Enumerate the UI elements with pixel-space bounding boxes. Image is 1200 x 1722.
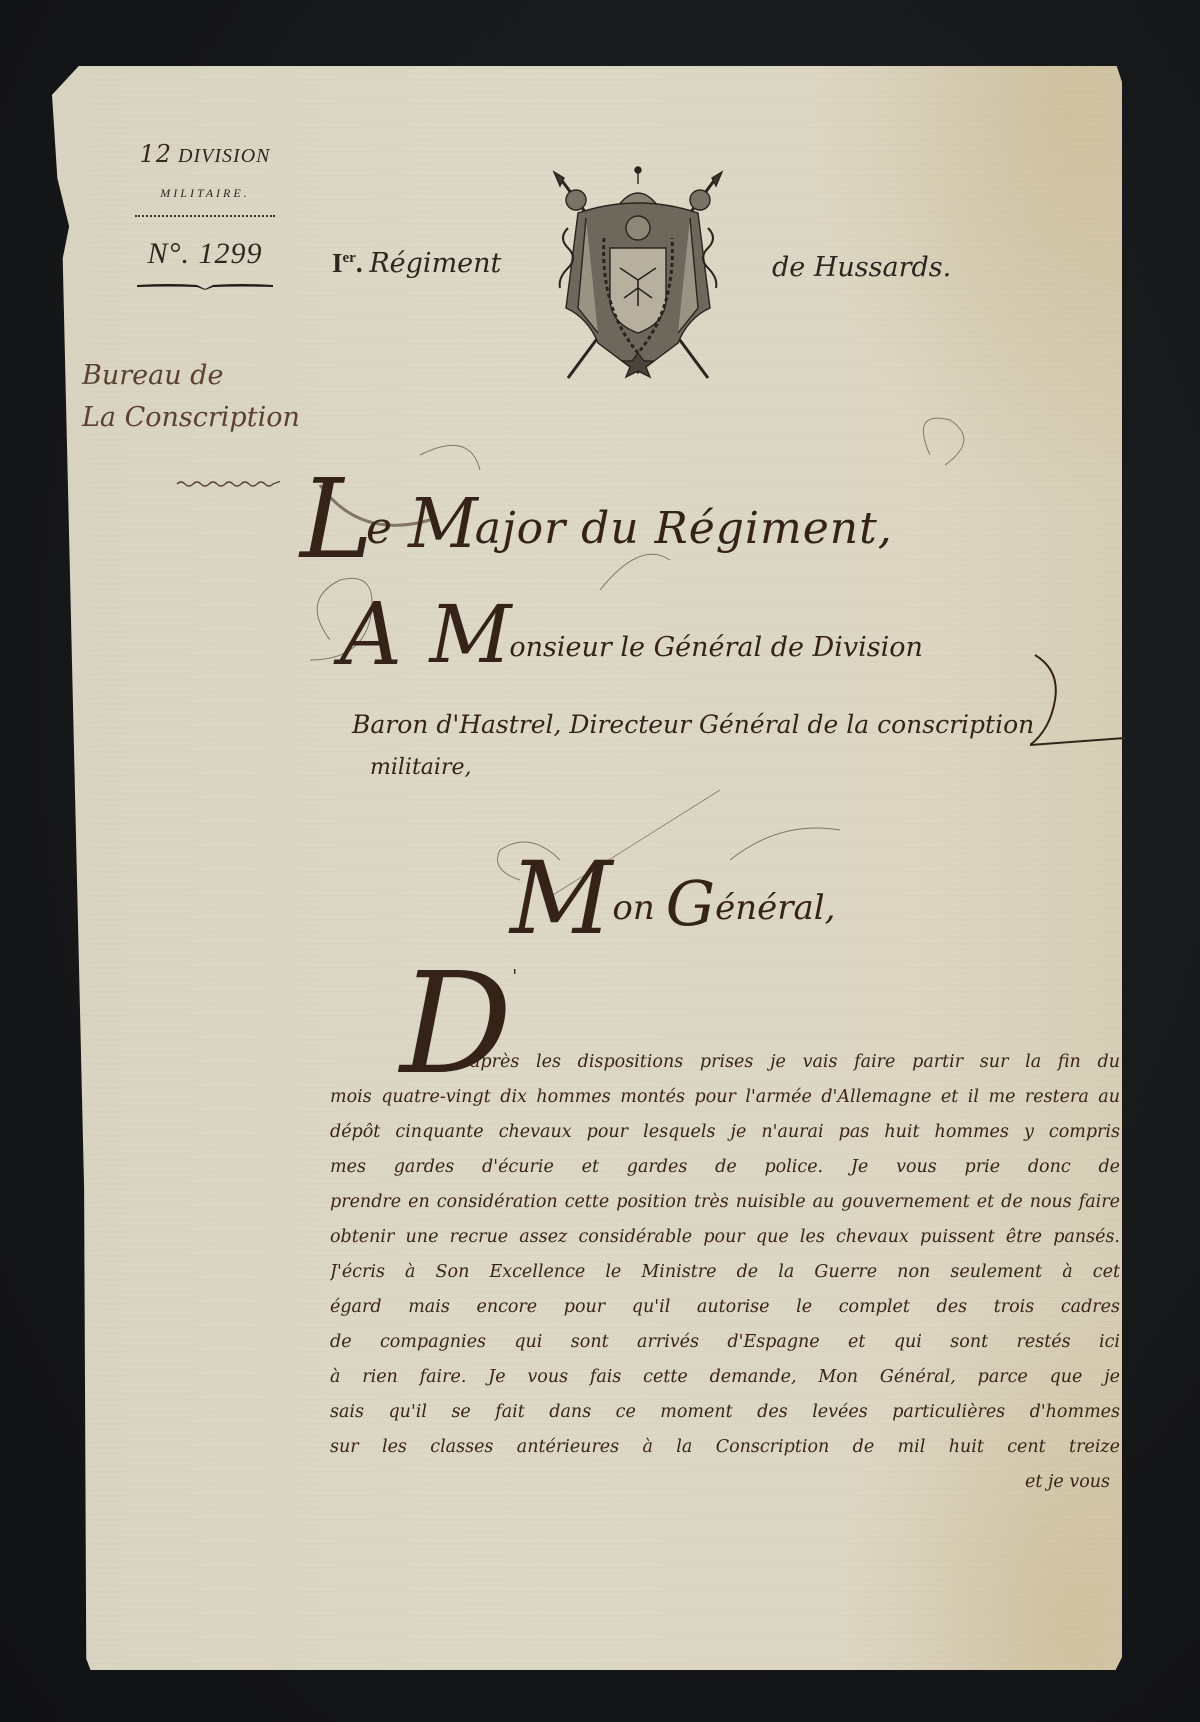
division-heading: 12 DIVISION [130, 140, 280, 168]
body-line: égard mais encore pour qu'il autorise le… [330, 1290, 1120, 1325]
sender-rest: ajor du Régiment, [475, 503, 893, 554]
body-line: J'écris à Son Excellence le Ministre de … [330, 1255, 1120, 1290]
body-line: de compagnies qui sont arrivés d'Espagne… [330, 1325, 1120, 1360]
imperial-coat-of-arms-icon [538, 158, 738, 398]
addressee-prefix: A [340, 585, 429, 685]
numero-value: 1299 [199, 237, 263, 270]
addressee-line-1: A Monsieur le Général de Division [340, 585, 923, 685]
brace-flourish [1030, 650, 1130, 750]
regiment-word: Régiment [369, 248, 501, 279]
salutation-initial-m: M [510, 840, 612, 957]
marginal-note: Bureau de La Conscription [82, 355, 302, 439]
catchword: et je vous [330, 1465, 1120, 1500]
division-label: DIVISION [178, 145, 270, 167]
body-line: mois quatre-vingt dix hommes montés pour… [330, 1080, 1120, 1115]
militaire-label: MILITAIRE. [130, 186, 280, 201]
body-line: à rien faire. Je vous fais cette demande… [330, 1360, 1120, 1395]
regiment-title-right: de Hussards. [772, 252, 951, 283]
body-line: obtenir une recrue assez considérable po… [330, 1220, 1120, 1255]
division-block: 12 DIVISION MILITAIRE. N°. 1299 [130, 140, 280, 296]
salutation: Mon Général, [510, 840, 835, 957]
addressee-line-3: militaire, [370, 755, 472, 780]
sender-initial-l: L [300, 455, 374, 583]
body-line: sais qu'il se fait dans ce moment des le… [330, 1395, 1120, 1430]
sender-initial-m: M [408, 485, 479, 564]
body-line: mes gardes d'écurie et gardes de police.… [330, 1150, 1120, 1185]
reference-number: N°. 1299 [130, 237, 280, 271]
sender-heading: Le Major du Régiment, [300, 455, 893, 583]
addressee-initial-m: M [429, 588, 511, 681]
dotted-rule [135, 215, 275, 217]
salutation-initial-g: G [666, 867, 716, 940]
letter-body: après les dispositions prises je vais fa… [330, 1045, 1120, 1500]
addressee-line-2: Baron d'Hastrel, Directeur Général de la… [352, 710, 1034, 739]
marginal-note-line1: Bureau de [82, 355, 302, 397]
regiment-title-left: Ier. Régiment [332, 248, 501, 279]
numero-prefix: N°. [147, 237, 190, 270]
squiggle-underline [175, 478, 280, 488]
division-number: 12 [140, 140, 173, 168]
body-line: dépôt cinquante chevaux pour lesquels je… [330, 1115, 1120, 1150]
marginal-note-line2: La Conscription [82, 397, 302, 439]
addressee-title: onsieur le Général de Division [509, 632, 922, 663]
swelled-rule-divider [135, 281, 275, 291]
body-line: sur les classes antérieures à la Conscri… [330, 1430, 1120, 1465]
body-line: après les dispositions prises je vais fa… [330, 1045, 1120, 1080]
regiment-ordinal: Ier. [332, 248, 363, 278]
body-line: prendre en considération cette position … [330, 1185, 1120, 1220]
